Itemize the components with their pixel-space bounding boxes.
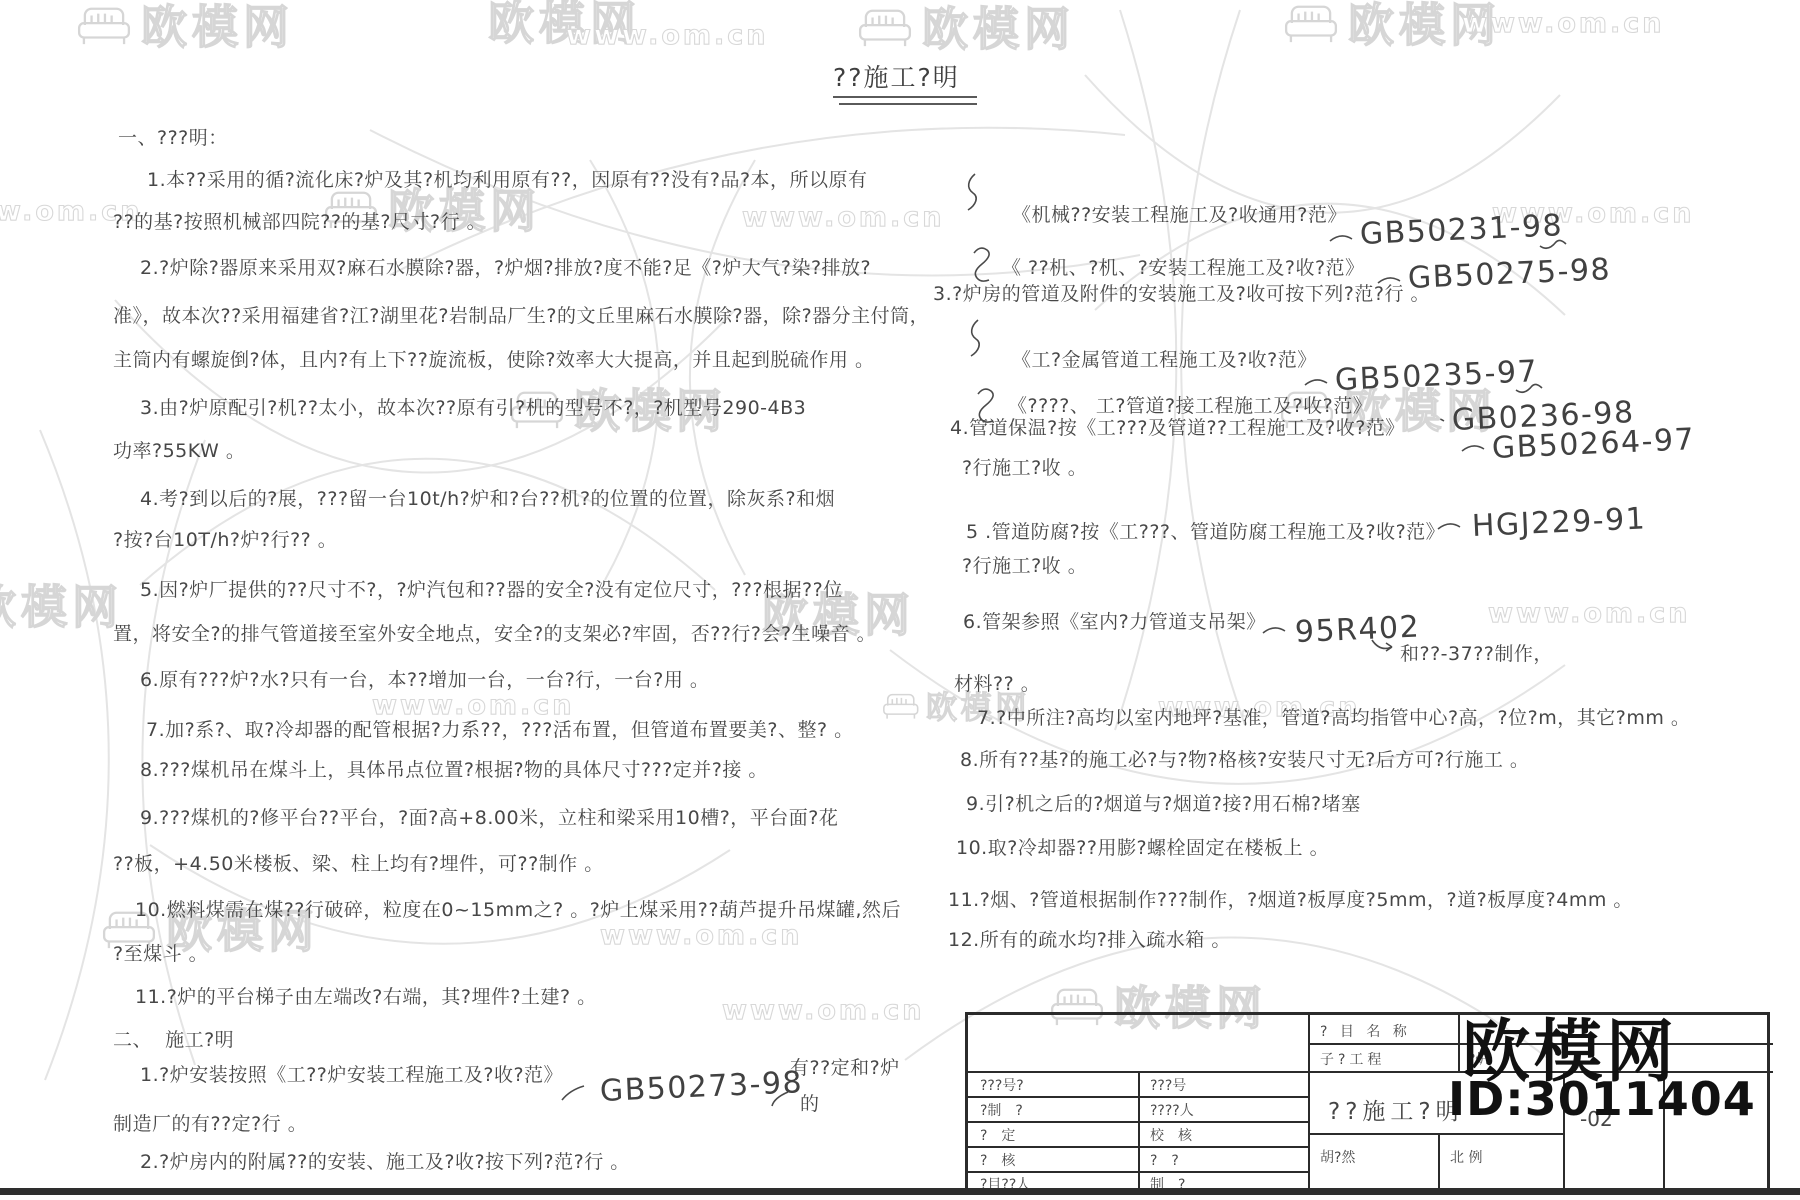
text-line: 1.?炉安装按照《工??炉安装工程施工及?收?范》 — [140, 1065, 563, 1087]
text-line: 《工?金属管道工程施工及?收?范》 — [1012, 350, 1317, 372]
text-line: 《????、 工?管道?接工程施工及?收?范》 — [1008, 396, 1372, 418]
text-line: ?按?台10T/h?炉?行?? 。 — [113, 530, 337, 552]
watermark-url: www.om.cn — [1462, 8, 1665, 39]
page-title: ??施工?明 — [833, 58, 960, 94]
text-line: 2.?炉除?器原来采用双?麻石水膜除?器，?炉烟?排放?度不能?足《?炉大气?染… — [140, 258, 871, 280]
tb-row-label: ? ? — [1150, 1150, 1179, 1170]
tb-vline — [1438, 1133, 1440, 1189]
text-line: 2.?炉房内的附属??的安装、施工及?收?按下列?范?行 。 — [140, 1152, 630, 1174]
project-name-label: ? 目 名 称 — [1320, 1021, 1411, 1041]
watermark-url: www.om.cn — [1488, 598, 1691, 629]
tb-row-label: ? 核 — [980, 1150, 1015, 1170]
watermark-brand: 欧模网 — [856, 6, 1075, 52]
tb-hline — [1308, 1133, 1563, 1135]
text-line: 材料?? 。 — [954, 674, 1040, 696]
text-line: 置，将安全?的排气管道接至室外安全地点，安全?的支架必?牢固，否??行?会?生噪… — [113, 624, 876, 646]
watermark-brand-text: 欧模网 — [141, 4, 294, 50]
text-line: 3.?炉房的管道及附件的安装施工及?收可按下列?范?行 。 — [933, 284, 1430, 306]
watermark-url: www.om.cn — [600, 920, 803, 951]
text-line: 6.原有???炉?水?只有一台，本??增加一台，一台?行，一台?用 。 — [140, 670, 709, 692]
watermark-url: www.om.cn — [566, 20, 769, 51]
title-underline-2 — [839, 103, 977, 105]
text-line: 5 .管道防腐?按《工???、管道防腐工程施工及?收?范》 — [966, 522, 1445, 544]
text-line: 3.由?炉原配引?机??太小，故本次??原有引?机的型号不?，?机型号290-4… — [140, 398, 806, 420]
text-line: 1.本??采用的循?流化床?炉及其?机均利用原有??，因原有??没有?品?本，所… — [147, 170, 868, 192]
tb-row-label: ???号? — [980, 1075, 1024, 1095]
text-line: 4.考?到以后的?展，???留一台10t/h?炉和?台??机?的位置的位置，除灰… — [140, 489, 835, 511]
sheet-frame-bottom — [0, 1188, 1800, 1195]
watermark-url: www.om.cn — [372, 690, 575, 721]
text-line: 8.???煤机吊在煤斗上，具体吊点位置?根据?物的具体尺寸???定并?接 。 — [140, 760, 768, 782]
text-line: 功率?55KW 。 — [113, 441, 245, 463]
text-line: 7.加?系?、取?冷却器的配管根据?力系??，???活布置，但管道布置要美?、整… — [146, 720, 854, 742]
text-line: 10.燃料煤需在煤??行破碎，粒度在0~15mm之? 。?炉上煤采用??葫芦提升… — [135, 900, 901, 922]
text-line: ??的基?按照机械部四院??的基?尺寸?行 。 — [113, 212, 486, 234]
text-line: 的 — [800, 1094, 820, 1116]
watermark-url: www.om.cn — [722, 995, 925, 1026]
sofa-icon — [1282, 2, 1340, 46]
text-line: 制造厂的有??定?行 。 — [113, 1114, 307, 1136]
watermark-url: www.om.cn — [742, 202, 945, 233]
text-line: 9.???煤机的?修平台??平台，?面?高+8.00米，立柱和梁采用10槽?，平… — [140, 808, 838, 830]
sofa-icon — [881, 691, 920, 721]
text-line: 主筒内有螺旋倒?体，且内?有上下??旋流板，使除?效率大大提高，并且起到脱硫作用… — [113, 350, 874, 372]
text-line: 9.引?机之后的?烟道与?烟道?接?用石棉?堵塞 — [966, 794, 1361, 816]
text-line: 7.?中所注?高均以室内地坪?基准，管道?高均指管中心?高，?位?m，其它?mm… — [977, 708, 1690, 730]
text-line: ?至煤斗 。 — [113, 944, 208, 966]
tb-vline — [1308, 1015, 1310, 1189]
text-line: 《 ??机、?机、?安装工程施工及?收?范》 — [1002, 258, 1365, 280]
text-line: 《机械??安装工程施工及?收通用?范》 — [1012, 205, 1347, 227]
text-line: 和??-37??制作， — [1400, 644, 1553, 666]
text-line: 有??定和?炉 — [790, 1058, 900, 1080]
sofa-icon — [75, 4, 133, 48]
watermark-brand-text: 欧模网 — [0, 584, 123, 630]
text-line: 一、???明： — [118, 128, 228, 150]
scale-label: 北 例 — [1450, 1147, 1482, 1167]
site-stamp-id: ID:3011404 — [1448, 1072, 1756, 1126]
tb-row-label: ? 定 — [980, 1125, 1015, 1145]
tb-row-label: ???号 — [1150, 1075, 1186, 1095]
title-underline-1 — [833, 96, 977, 98]
watermark-brand-text: 欧模网 — [922, 6, 1075, 52]
text-line: 二、 施工?明 — [113, 1030, 234, 1052]
watermark-brand: 欧模网 — [75, 4, 294, 50]
text-line: 11.?烟、?管道根据制作???制作，?烟道?板厚度?5mm，?道?板厚度?4m… — [948, 890, 1633, 912]
text-line: 10.取?冷却器??用膨?螺栓固定在楼板上 。 — [956, 838, 1329, 860]
drawing-title: ??施工?明 — [1328, 1093, 1464, 1126]
tb-row-label: ?制 ? — [980, 1100, 1023, 1120]
text-line: ?行施工?收 。 — [962, 458, 1087, 480]
approver-name: 胡?然 — [1320, 1147, 1355, 1167]
text-line: 12.所有的疏水均?排入疏水箱 。 — [948, 930, 1231, 952]
tb-row-label: ????人 — [1150, 1100, 1194, 1120]
text-line: ?行施工?收 。 — [962, 556, 1087, 578]
text-line: ??板，+4.50米楼板、梁、柱上均有?埋件，可??制作 。 — [113, 854, 604, 876]
text-line: 4.管道保温?按《工???及管道??工程施工及?收?范》 — [950, 418, 1405, 440]
drawing-sheet: 欧模网欧模网www.om.cn欧模网欧模网www.om.cnwww.om.cn欧… — [0, 0, 1800, 1200]
text-line: 11.?炉的平台梯子由左端改?右端，其?埋件?土建? 。 — [135, 987, 597, 1009]
text-line: 5.因?炉厂提供的??尺寸不?，?炉汽包和??器的安全?没有定位尺寸，???根据… — [140, 580, 843, 602]
text-line: 准》，故本次??采用福建省?江?湖里花?岩制品厂生?的文丘里麻石水膜除?器，除?… — [113, 306, 929, 328]
text-line: 8.所有??基?的施工必?与?物?格核?安装尺寸无?后方可?行施工 。 — [960, 750, 1529, 772]
watermark-brand: 欧模网 — [0, 584, 123, 630]
sofa-icon — [856, 6, 914, 50]
tb-vline — [1138, 1071, 1140, 1189]
tb-row-label: 校 核 — [1150, 1125, 1192, 1145]
sub-project-label: 子?工程 — [1320, 1049, 1385, 1069]
text-line: 6.管架参照《室内?力管道支吊架》 — [963, 612, 1266, 634]
